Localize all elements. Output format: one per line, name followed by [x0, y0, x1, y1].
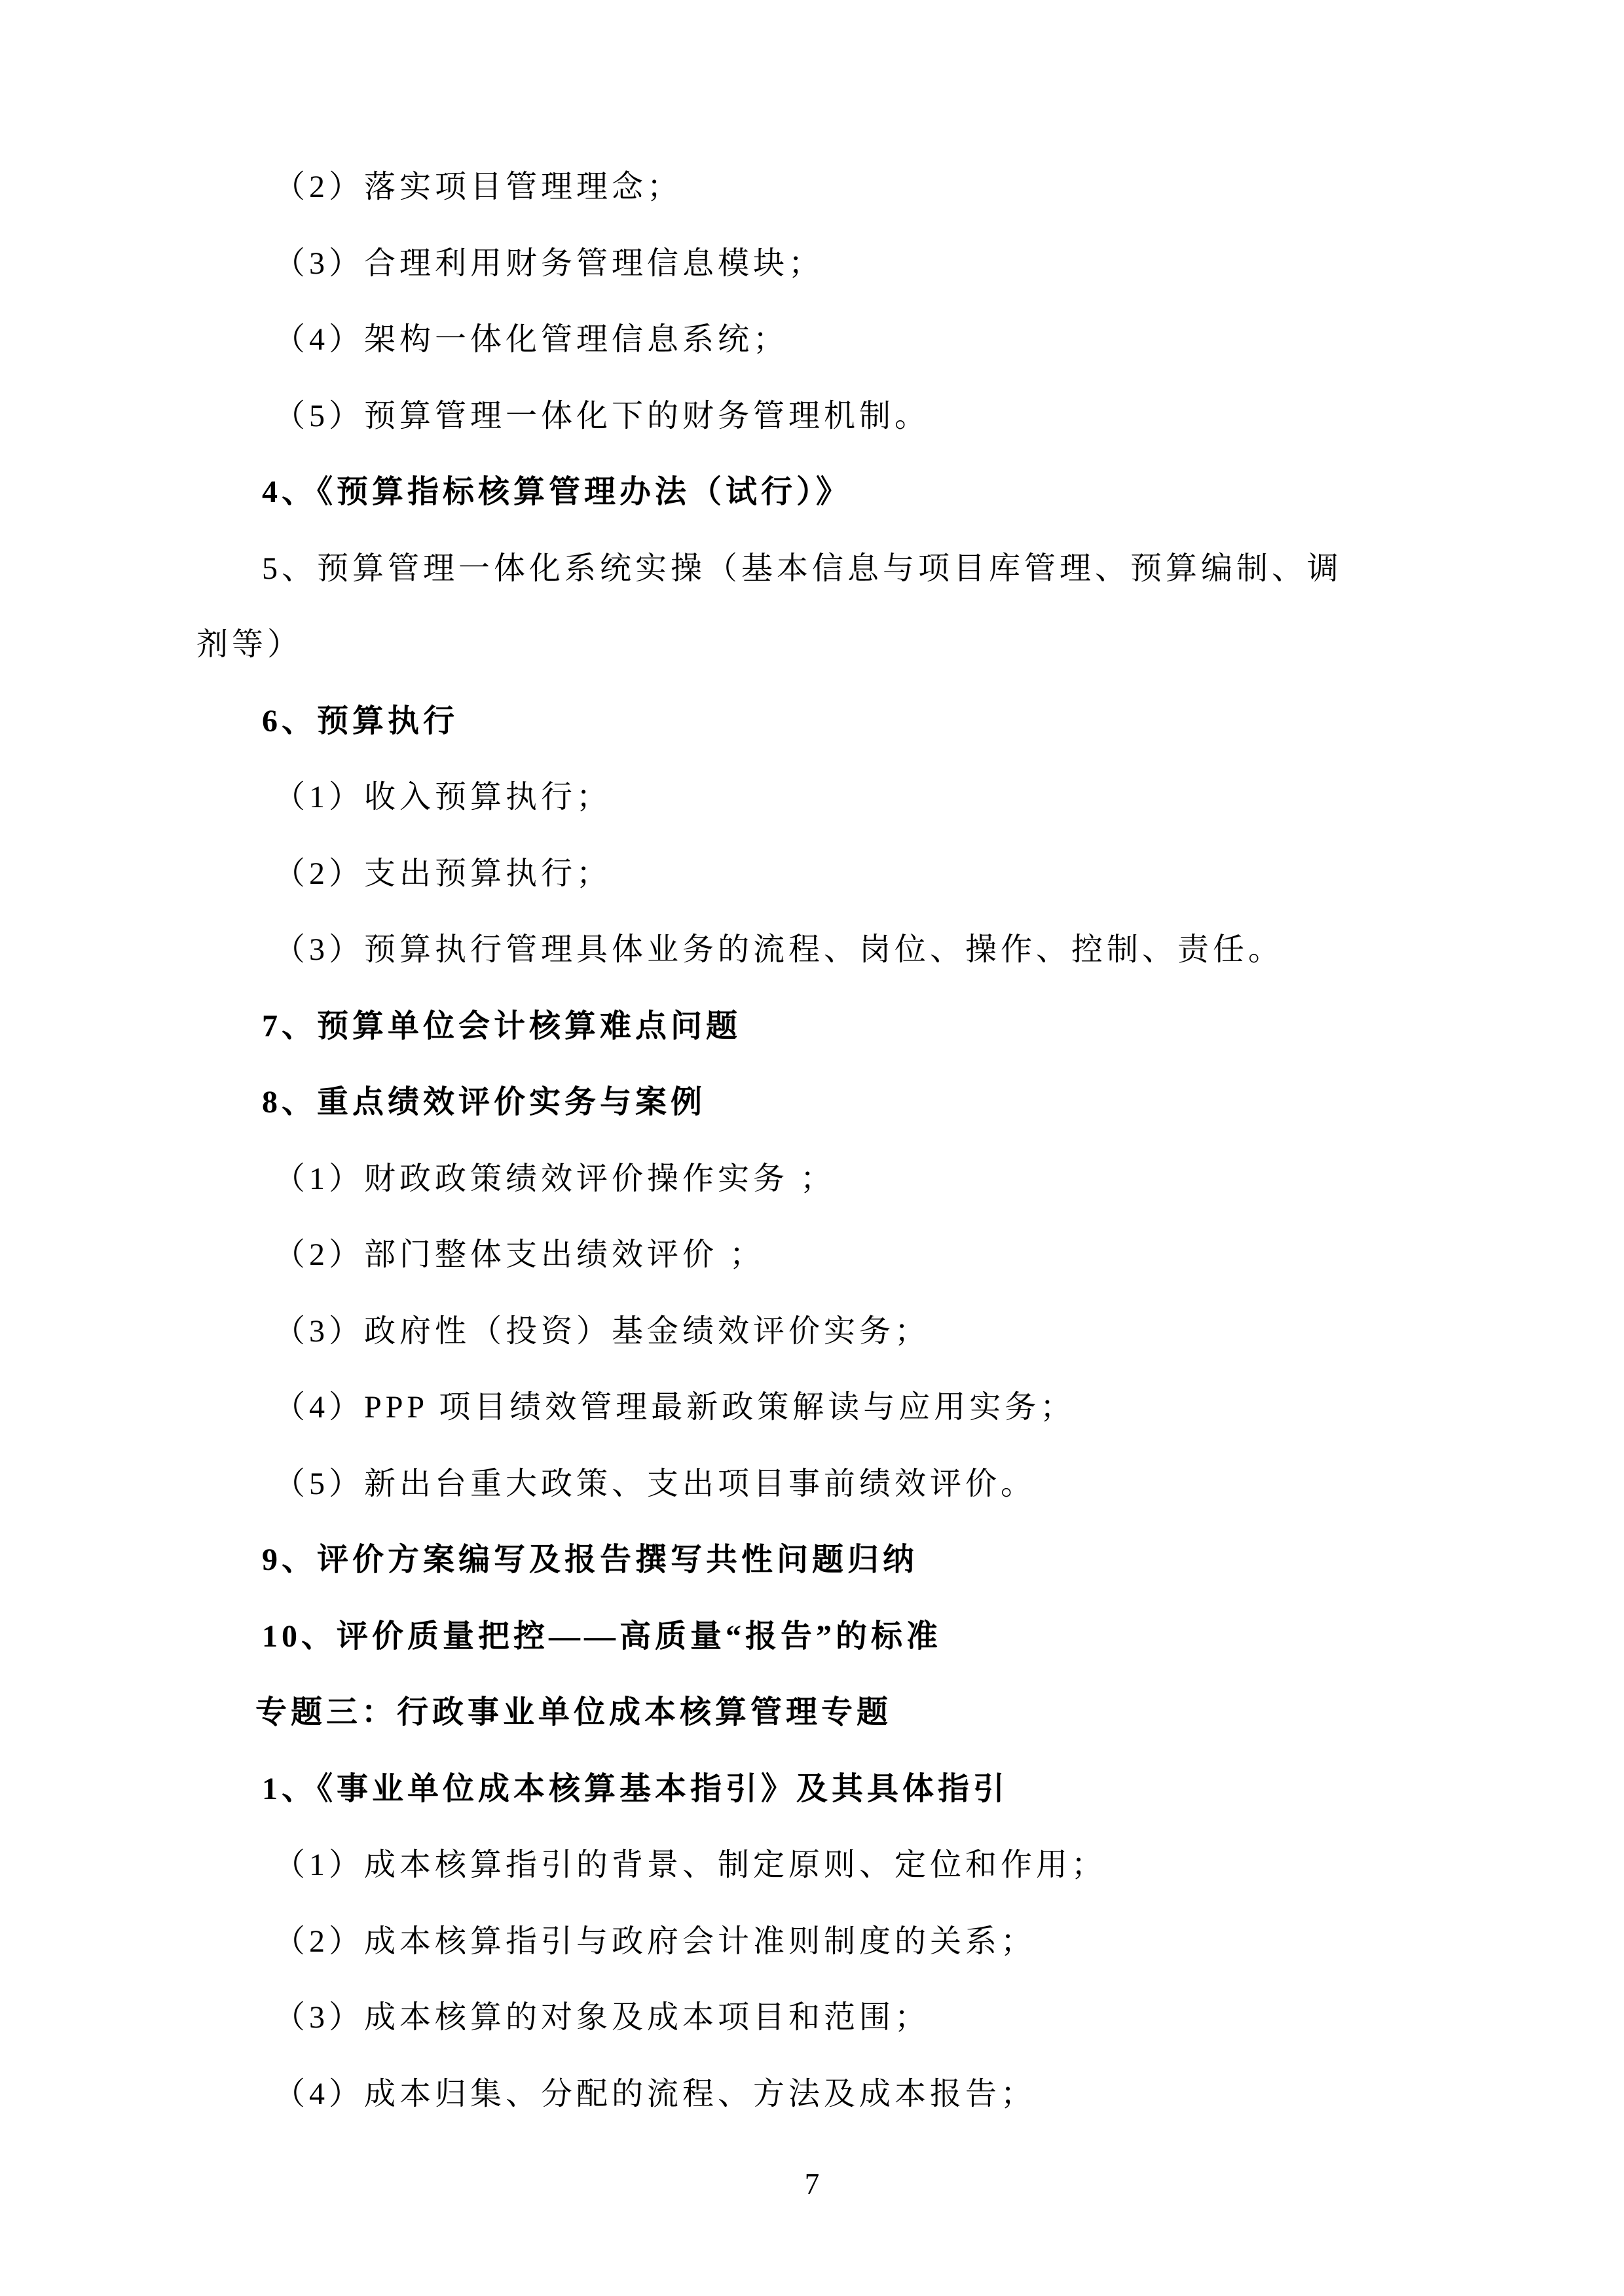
- text-line: （2）支出预算执行；: [196, 836, 1454, 913]
- text-line: （5）预算管理一体化下的财务管理机制。: [196, 378, 1454, 455]
- text-line: （4）架构一体化管理信息系统；: [196, 302, 1454, 378]
- text-line: 8、重点绩效评价实务与案例: [196, 1065, 1454, 1141]
- text-line: 5、预算管理一体化系统实操（基本信息与项目库管理、预算编制、调: [196, 531, 1454, 608]
- text-line: 4、《预算指标核算管理办法（试行）》: [196, 454, 1454, 531]
- text-line: （3）预算执行管理具体业务的流程、岗位、操作、控制、责任。: [196, 912, 1454, 989]
- text-line: （1）财政政策绩效评价操作实务 ；: [196, 1141, 1454, 1218]
- text-line: 9、评价方案编写及报告撰写共性问题归纳: [196, 1522, 1454, 1599]
- text-line: （1）收入预算执行；: [196, 759, 1454, 836]
- text-line: （3）合理利用财务管理信息模块；: [196, 226, 1454, 302]
- text-line: （4）成本归集、分配的流程、方法及成本报告；: [196, 2056, 1454, 2133]
- text-line: （4）PPP 项目绩效管理最新政策解读与应用实务；: [196, 1370, 1454, 1446]
- text-line: 6、预算执行: [196, 683, 1454, 760]
- text-line: （2）部门整体支出绩效评价 ；: [196, 1217, 1454, 1294]
- text-line: 10、评价质量把控——高质量“报告”的标准: [196, 1599, 1454, 1675]
- text-line: （3）成本核算的对象及成本项目和范围；: [196, 1980, 1454, 2056]
- text-line: 专题三：行政事业单位成本核算管理专题: [196, 1675, 1454, 1751]
- text-line: （2）落实项目管理理念；: [196, 149, 1454, 226]
- page-number: 7: [0, 2166, 1624, 2202]
- text-line: （3）政府性（投资）基金绩效评价实务；: [196, 1294, 1454, 1370]
- text-line: （5）新出台重大政策、支出项目事前绩效评价。: [196, 1446, 1454, 1523]
- text-line: （2）成本核算指引与政府会计准则制度的关系；: [196, 1904, 1454, 1980]
- document-page: （2）落实项目管理理念；（3）合理利用财务管理信息模块；（4）架构一体化管理信息…: [0, 0, 1624, 2296]
- document-body: （2）落实项目管理理念；（3）合理利用财务管理信息模块；（4）架构一体化管理信息…: [196, 149, 1454, 2132]
- text-line: 7、预算单位会计核算难点问题: [196, 989, 1454, 1065]
- text-line: 剂等）: [196, 607, 1454, 683]
- text-line: 1、《事业单位成本核算基本指引》及其具体指引: [196, 1751, 1454, 1828]
- text-line: （1）成本核算指引的背景、制定原则、定位和作用；: [196, 1827, 1454, 1904]
